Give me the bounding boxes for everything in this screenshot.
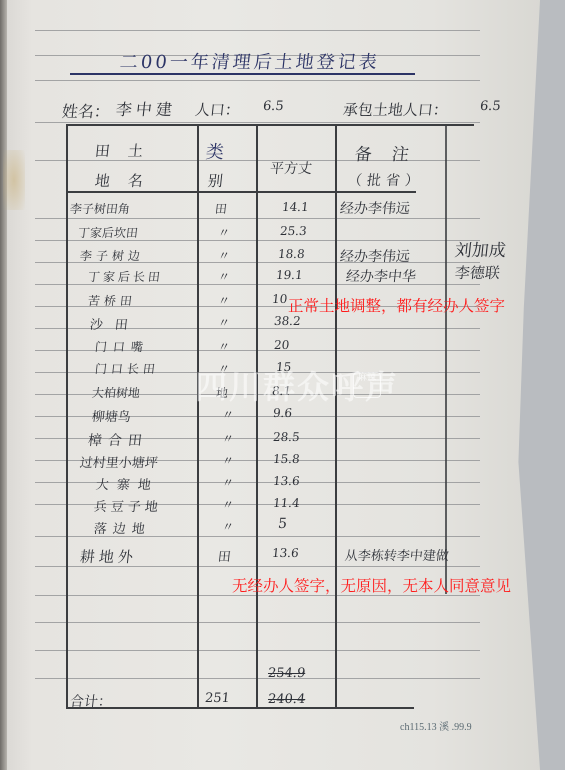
land-name: 耕地外 <box>79 546 138 567</box>
land-category: 〃 <box>217 338 231 355</box>
land-area: 25.3 <box>279 224 307 238</box>
land-category: 〃 <box>217 314 231 331</box>
land-area: 11.4 <box>272 496 300 510</box>
table-col-border <box>445 124 447 594</box>
table-col-border <box>256 124 258 708</box>
land-category: 〃 <box>221 452 235 469</box>
paper-stain <box>3 150 25 210</box>
land-name: 过村里小塘坪 <box>79 452 159 471</box>
name-value: 李中建 <box>115 97 177 120</box>
handler-signature: 李德联 <box>454 262 501 283</box>
land-name: 李子树田角 <box>69 200 131 217</box>
table-header-border <box>66 191 416 193</box>
col-header-land-line1: 田土 <box>94 140 162 161</box>
land-name: 兵豆子地 <box>93 496 163 515</box>
land-area: 18.8 <box>277 247 305 261</box>
land-area: 28.5 <box>272 430 300 444</box>
land-area: 20 <box>273 338 290 352</box>
land-area: 13.6 <box>271 546 299 560</box>
land-name: 门口嘴 <box>94 338 150 355</box>
total-area-crossed: 254.9 <box>267 666 306 681</box>
land-name: 苦桥田 <box>87 292 137 309</box>
ruled-line <box>35 678 480 679</box>
land-name: 樟合田 <box>87 430 149 450</box>
contract-population-value: 6.5 <box>479 99 501 114</box>
total-area-crossed: 240.4 <box>267 692 306 707</box>
land-category: 〃 <box>221 518 235 535</box>
land-category: 〃 <box>217 292 231 309</box>
land-category: 〃 <box>217 224 231 241</box>
col-header-remarks-line1: 备注 <box>354 140 431 165</box>
col-header-land-line2: 地名 <box>94 170 162 191</box>
land-area: 9.6 <box>272 406 293 420</box>
printed-form-code: ch115.13 溪 .99.9 <box>400 718 472 733</box>
land-remarks: 经办李中华 <box>345 266 417 286</box>
land-remarks: 从李栋转李中建做 <box>344 545 450 564</box>
name-label: 姓名： <box>61 99 111 122</box>
ruled-line <box>35 218 480 219</box>
land-area: 10 <box>271 292 288 306</box>
population-value: 6.5 <box>262 99 284 114</box>
land-area: 13.6 <box>272 474 300 488</box>
land-name: 李子树边 <box>79 247 145 264</box>
land-area: 19.1 <box>275 268 303 282</box>
ruled-line <box>35 80 480 81</box>
col-header-category-line2: 别 <box>207 170 224 191</box>
land-area: 5 <box>277 516 288 532</box>
ruled-line <box>35 650 480 651</box>
land-category: 田 <box>217 546 232 565</box>
land-name: 大寨地 <box>95 474 160 493</box>
table-col-border <box>66 124 68 708</box>
land-name: 大柏树地 <box>91 384 141 401</box>
annotation-normal-adjustment: 正常土地调整，都有经办人签字 <box>288 294 505 316</box>
land-name: 门口长田 <box>94 360 160 377</box>
land-category: 〃 <box>221 430 235 447</box>
land-area: 38.2 <box>273 314 301 328</box>
table-top-border <box>66 124 474 126</box>
total-category: 251 <box>204 691 230 706</box>
land-category: 〃 <box>221 474 235 491</box>
land-name: 沙田 <box>89 314 141 333</box>
ruled-line <box>35 622 480 623</box>
land-category: 〃 <box>221 406 235 423</box>
land-name: 柳塘鸟 <box>91 406 132 425</box>
col-header-remarks-line2: （批省） <box>347 170 425 190</box>
col-header-area: 平方丈 <box>269 158 313 178</box>
land-category: 〃 <box>217 247 231 264</box>
notebook-spine <box>0 0 7 770</box>
table-bottom-border <box>66 707 414 709</box>
land-category: 田 <box>214 200 228 217</box>
land-category: 〃 <box>217 268 231 285</box>
table-col-border <box>335 124 337 708</box>
contract-population-label: 承包土地人口： <box>342 99 449 120</box>
table-col-border <box>197 124 199 708</box>
population-label: 人口： <box>194 99 241 120</box>
col-header-category-line1: 类 <box>205 138 226 164</box>
land-category: 〃 <box>221 496 235 513</box>
land-name: 丁家后长田 <box>87 268 164 285</box>
handler-signature: 刘加成 <box>454 236 508 261</box>
land-name: 丁家后坎田 <box>77 224 139 241</box>
land-remarks: 经办李伟远 <box>339 246 411 266</box>
document-title: 二00一年清理后土地登记表 <box>119 48 382 74</box>
land-area: 14.1 <box>281 200 309 214</box>
watermark-logo-icon: 麻辣 <box>353 372 381 398</box>
total-label: 合计： <box>69 691 113 711</box>
land-area: 15.8 <box>272 452 300 466</box>
land-remarks: 经办李伟远 <box>339 198 411 218</box>
ruled-line <box>35 30 480 31</box>
annotation-no-signature: 无经办人签字，无原因，无本人同意意见 <box>232 574 511 596</box>
ruled-line <box>35 122 480 123</box>
title-underline <box>70 73 415 75</box>
land-name: 落边地 <box>93 518 152 537</box>
